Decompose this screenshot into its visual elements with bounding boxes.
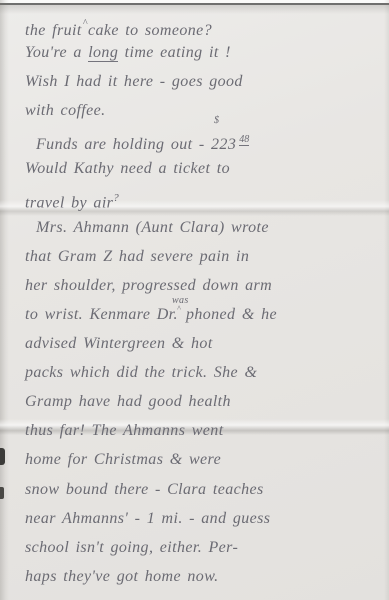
line-text: You're a (25, 44, 88, 61)
insertion-caret-mark: ^ (83, 18, 87, 29)
line-text: cake to someone? (88, 22, 212, 39)
binding-mark (0, 487, 4, 499)
letter-line: to wrist. Kenmare Dr.was^phoned & he (25, 300, 385, 329)
line-text: to wrist. Kenmare Dr. (25, 306, 178, 323)
letter-line: the fruit^cake to someone? (25, 9, 385, 38)
letter-line: school isn't going, either. Per- (25, 533, 385, 562)
amount-dollars: 223 (211, 136, 236, 153)
raised-question-mark: ? (113, 192, 119, 204)
letter-line: Wish I had it here - goes good (25, 67, 385, 96)
letter-line: Mrs. Ahmann (Aunt Clara) wrote (25, 213, 385, 242)
line-text: phoned & he (186, 306, 277, 323)
underlined-word: long (88, 44, 118, 62)
letter-line: haps they've got home now. (25, 562, 385, 591)
paper-left-edge (0, 0, 9, 600)
line-text: Funds are holding out - (36, 136, 205, 153)
money-amount: $22348 (211, 125, 249, 159)
line-text: the fruit (25, 22, 82, 39)
insertion-caret-mark: ^ (177, 305, 181, 313)
letter-line: that Gram Z had severe pain in (25, 242, 385, 271)
letter-line: You're a long time eating it ! (25, 38, 385, 67)
letter-line: near Ahmanns' - 1 mi. - and guess (25, 504, 385, 533)
letter-line: Funds are holding out - $22348 (25, 125, 385, 154)
letter-line: snow bound there - Clara teaches (25, 475, 385, 504)
letter-line: Would Kathy need a ticket to (25, 154, 385, 183)
letter-line: thus far! The Ahmanns went (25, 416, 385, 445)
letter-line: packs which did the trick. She & (25, 358, 385, 387)
letter-line: Gramp have had good health (25, 387, 385, 416)
letter-line: travel by air? (25, 184, 385, 213)
letter-line: advised Wintergreen & hot (25, 329, 385, 358)
amount-cents: 48 (239, 134, 249, 146)
line-text: travel by air (25, 194, 113, 211)
letter-line: her shoulder, progressed down arm (25, 271, 385, 300)
letter-line: home for Christmas & were (25, 445, 385, 474)
binding-mark (0, 448, 5, 465)
dollar-sign: $ (214, 116, 219, 126)
handwritten-text: the fruit^cake to someone? You're a long… (25, 9, 385, 591)
line-text: time eating it ! (118, 44, 231, 61)
letter-line: with coffee. (25, 96, 385, 125)
letter-page-scan: the fruit^cake to someone? You're a long… (0, 0, 389, 600)
